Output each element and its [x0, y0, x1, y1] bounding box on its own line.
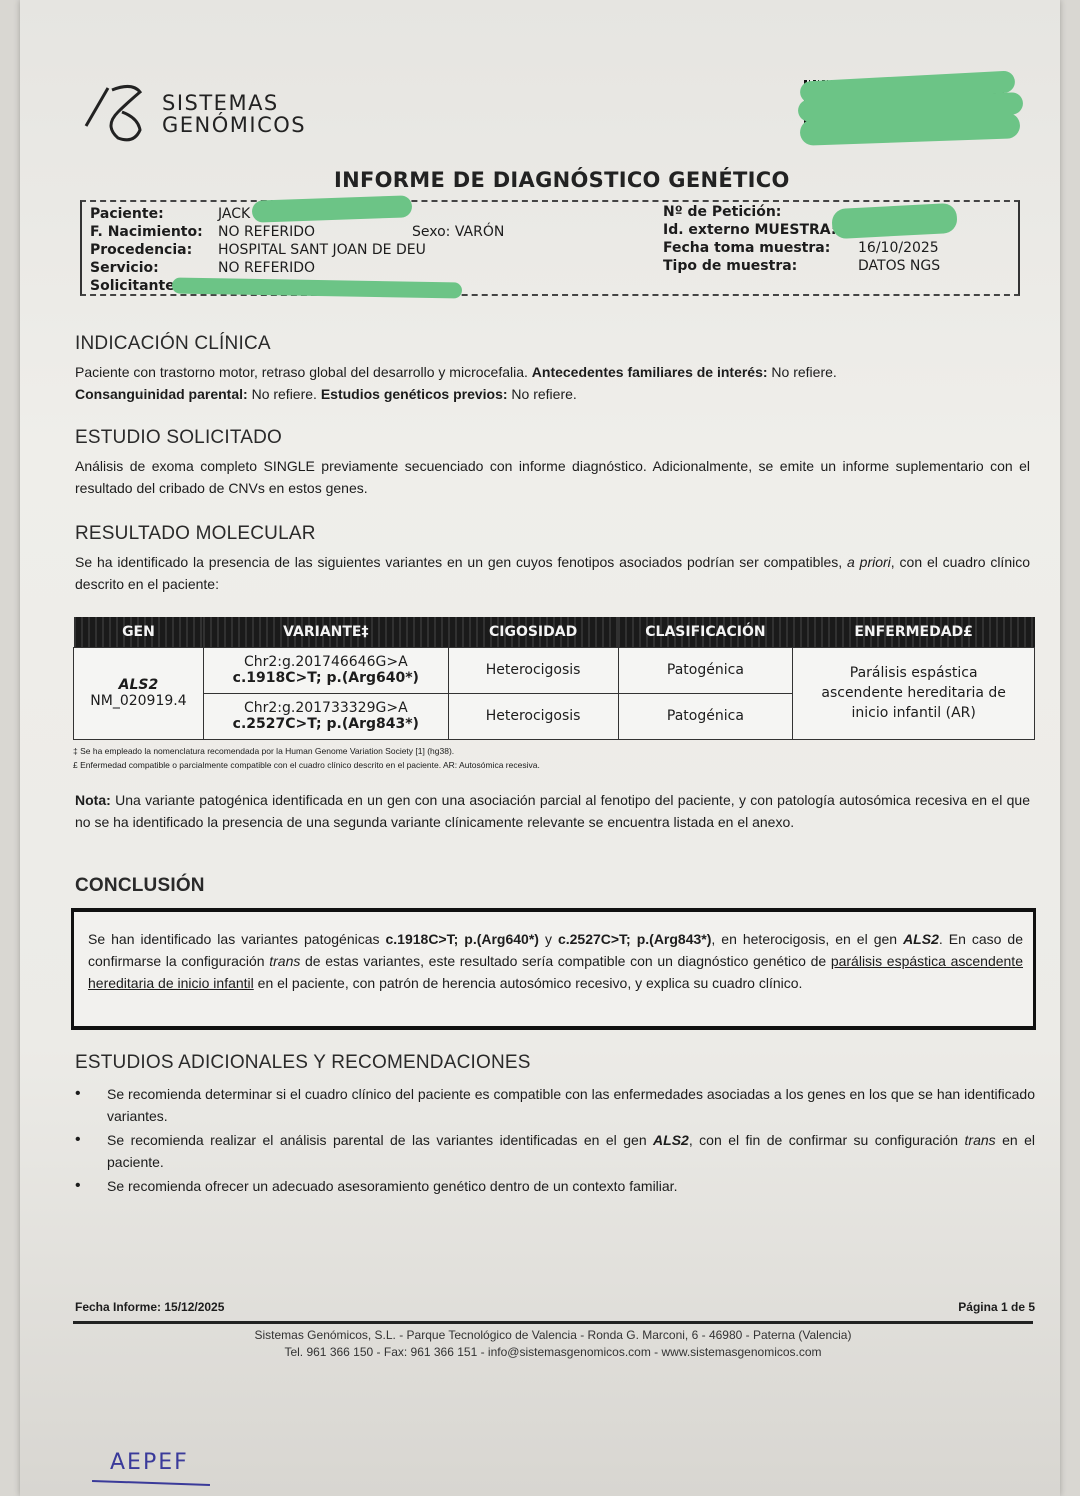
- recommendation-item: Se recomienda realizar el análisis paren…: [75, 1129, 1035, 1173]
- variant-genomic: Chr2:g.201746646G>A: [208, 654, 444, 670]
- requested-study-text: Análisis de exoma completo SINGLE previa…: [75, 455, 1030, 499]
- requester-row: Solicitante:: [90, 277, 180, 295]
- classification-cell: Patogénica: [618, 647, 793, 693]
- origin-value: HOSPITAL SANT JOAN DE DEU: [218, 242, 426, 258]
- transcript-id: NM_020919.4: [78, 693, 199, 709]
- variant-coding: c.1918C>T; p.(Arg640*): [208, 670, 444, 686]
- consanguinity-value: No refiere.: [248, 386, 321, 402]
- gene-name: ALS2: [78, 677, 199, 693]
- logo-line-1: SISTEMAS: [162, 92, 306, 114]
- table-header-row: GEN VARIANTE‡ CIGOSIDAD CLASIFICACIÓN EN…: [74, 617, 1035, 647]
- note-label: Nota:: [75, 792, 111, 808]
- sample-date-label: Fecha toma muestra:: [663, 239, 858, 257]
- sample-type-row: Tipo de muestra:DATOS NGS: [663, 257, 940, 275]
- conclusion-trans: trans: [269, 953, 300, 969]
- birth-date-row: F. Nacimiento:NO REFERIDO: [90, 223, 315, 241]
- variant-coding: c.2527C>T; p.(Arg843*): [208, 716, 444, 732]
- sex-row: Sexo: VARÓN: [412, 223, 504, 241]
- logo-text: SISTEMAS GENÓMICOS: [162, 92, 306, 136]
- recommendations-list: Se recomienda determinar si el cuadro cl…: [75, 1083, 1035, 1199]
- recommendation-text: Se recomienda determinar si el cuadro cl…: [107, 1086, 1035, 1124]
- service-row: Servicio:NO REFERIDO: [90, 259, 315, 277]
- recommendation-item: Se recomienda ofrecer un adecuado asesor…: [75, 1175, 1035, 1197]
- company-logo: SISTEMAS GENÓMICOS: [82, 78, 306, 150]
- conclusion-variant-1: c.1918C>T; p.(Arg640*): [386, 931, 539, 947]
- footnote-disease: £ Enfermedad compatible o parcialmente c…: [73, 758, 540, 772]
- header-disease: ENFERMEDAD£: [793, 617, 1035, 647]
- table-row: ALS2 NM_020919.4 Chr2:g.201746646G>A c.1…: [74, 647, 1035, 693]
- company-address: Sistemas Genómicos, S.L. - Parque Tecnol…: [73, 1327, 1033, 1344]
- molecular-result-heading: RESULTADO MOLECULAR: [75, 523, 316, 545]
- header-zygosity: CIGOSIDAD: [448, 617, 618, 647]
- service-label: Servicio:: [90, 259, 218, 277]
- table-footnotes: ‡ Se ha empleado la nomenclatura recomen…: [73, 744, 540, 772]
- external-id-row: Id. externo MUESTRA:: [663, 221, 836, 239]
- origin-row: Procedencia:HOSPITAL SANT JOAN DE DEU: [90, 241, 426, 259]
- recommendation-text: Se recomienda realizar el análisis paren…: [107, 1132, 653, 1148]
- conclusion-gene: ALS2: [903, 931, 939, 947]
- previous-studies-value: No refiere.: [508, 386, 577, 402]
- indication-text: Paciente con trastorno motor, retraso gl…: [75, 364, 532, 380]
- report-date: Fecha Informe: 15/12/2025: [75, 1300, 224, 1314]
- company-contact: Tel. 961 366 150 - Fax: 961 366 151 - in…: [73, 1344, 1033, 1361]
- service-value: NO REFERIDO: [218, 260, 315, 276]
- family-history-label: Antecedentes familiares de interés:: [532, 364, 768, 380]
- recommendations-heading: ESTUDIOS ADICIONALES Y RECOMENDACIONES: [75, 1052, 531, 1074]
- recommendation-text: , con el fin de confirmar su configuraci…: [689, 1132, 965, 1148]
- zygosity-cell: Heterocigosis: [448, 693, 618, 739]
- conclusion-part: Se han identificado las variantes patogé…: [88, 931, 386, 947]
- recommendation-gene: ALS2: [653, 1132, 689, 1148]
- origin-label: Procedencia:: [90, 241, 218, 259]
- note-paragraph: Nota: Una variante patogénica identifica…: [75, 789, 1030, 833]
- birth-date-label: F. Nacimiento:: [90, 223, 218, 241]
- patient-value: JACK: [218, 206, 250, 222]
- conclusion-text: Se han identificado las variantes patogé…: [88, 928, 1023, 994]
- variant-genomic: Chr2:g.201733329G>A: [208, 700, 444, 716]
- conclusion-variant-2: c.2527C>T; p.(Arg843*): [558, 931, 711, 947]
- recommendation-item: Se recomienda determinar si el cuadro cl…: [75, 1083, 1035, 1127]
- sample-type-label: Tipo de muestra:: [663, 257, 858, 275]
- birth-date-value: NO REFERIDO: [218, 224, 315, 240]
- header-classification: CLASIFICACIÓN: [618, 617, 793, 647]
- footnote-nomenclature: ‡ Se ha empleado la nomenclatura recomen…: [73, 744, 540, 758]
- conclusion-part: y: [539, 931, 558, 947]
- molecular-result-text: Se ha identificado la presencia de las s…: [75, 551, 1030, 595]
- page-number: Página 1 de 5: [958, 1300, 1035, 1314]
- clinical-indication-heading: INDICACIÓN CLÍNICA: [75, 333, 271, 355]
- conclusion-part: , en heterocigosis, en el gen: [711, 931, 903, 947]
- sample-date-value: 16/10/2025: [858, 240, 939, 256]
- variant-cell: Chr2:g.201733329G>A c.2527C>T; p.(Arg843…: [203, 693, 448, 739]
- note-text: Una variante patogénica identificada en …: [75, 792, 1030, 830]
- previous-studies-label: Estudios genéticos previos:: [321, 386, 508, 402]
- conclusion-box: Se han identificado las variantes patogé…: [71, 908, 1036, 1030]
- footer-address: Sistemas Genómicos, S.L. - Parque Tecnol…: [73, 1327, 1033, 1361]
- sex-value: VARÓN: [455, 224, 504, 240]
- requested-study-heading: ESTUDIO SOLICITADO: [75, 427, 282, 449]
- conclusion-heading: CONCLUSIÓN: [75, 875, 205, 897]
- variants-table: GEN VARIANTE‡ CIGOSIDAD CLASIFICACIÓN EN…: [73, 617, 1035, 740]
- variant-cell: Chr2:g.201746646G>A c.1918C>T; p.(Arg640…: [203, 647, 448, 693]
- header-variant: VARIANTE‡: [203, 617, 448, 647]
- sex-label: Sexo:: [412, 224, 450, 240]
- logo-mark-icon: [82, 78, 152, 150]
- patient-label: Paciente:: [90, 205, 218, 223]
- header-gene: GEN: [74, 617, 204, 647]
- sample-date-row: Fecha toma muestra:16/10/2025: [663, 239, 939, 257]
- consanguinity-label: Consanguinidad parental:: [75, 386, 248, 402]
- family-history-value: No refiere.: [768, 364, 837, 380]
- patient-name-row: Paciente:JACK: [90, 205, 250, 223]
- conclusion-part: en el paciente, con patrón de herencia a…: [254, 975, 803, 991]
- external-id-label: Id. externo MUESTRA:: [663, 222, 836, 238]
- logo-line-2: GENÓMICOS: [162, 114, 306, 136]
- conclusion-part: de estas variantes, este resultado sería…: [300, 953, 830, 969]
- result-text-italic: a priori: [847, 554, 891, 570]
- footer-divider: [73, 1321, 1033, 1324]
- report-title: INFORME DE DIAGNÓSTICO GENÉTICO: [334, 168, 790, 192]
- request-number-label: Nº de Petición:: [663, 204, 781, 220]
- result-text-before: Se ha identificado la presencia de las s…: [75, 554, 847, 570]
- classification-cell: Patogénica: [618, 693, 793, 739]
- handwritten-note: AEPEF: [110, 1450, 189, 1475]
- requester-label: Solicitante:: [90, 278, 180, 294]
- barcode: [796, 72, 1026, 152]
- zygosity-cell: Heterocigosis: [448, 647, 618, 693]
- recommendation-trans: trans: [965, 1132, 996, 1148]
- sample-type-value: DATOS NGS: [858, 258, 940, 274]
- request-number-row: Nº de Petición:: [663, 203, 781, 221]
- disease-cell: Parálisis espástica ascendente hereditar…: [793, 647, 1035, 739]
- clinical-indication-text: Paciente con trastorno motor, retraso gl…: [75, 361, 1030, 405]
- gene-cell: ALS2 NM_020919.4: [74, 647, 204, 739]
- recommendation-text: Se recomienda ofrecer un adecuado asesor…: [107, 1178, 677, 1194]
